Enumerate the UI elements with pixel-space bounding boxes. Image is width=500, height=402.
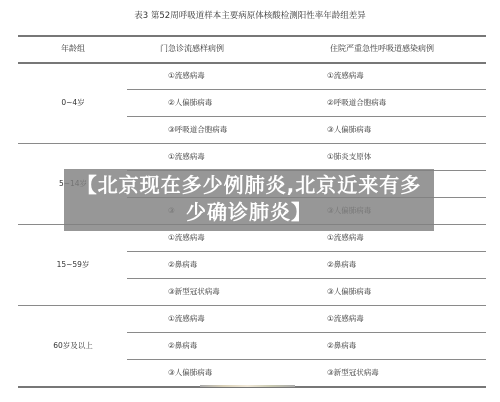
inpatient-cell: ③新型冠状病毒 [327,359,379,386]
age-group-cell: 60岁及以上 [18,332,128,359]
outpatient-cell: ②鼻病毒 [168,332,197,359]
header-outpatient: 门急诊流感样病例 [160,35,224,62]
inpatient-cell: ③人偏肺病毒 [327,116,371,143]
outpatient-cell: ①流感病毒 [168,305,205,332]
header-rule [18,62,486,64]
outpatient-cell: ③新型冠状病毒 [168,278,220,305]
outpatient-cell: ③呼吸道合胞病毒 [168,116,227,143]
banner-line-1: 【北京现在多少例肺炎,北京近来有多 [64,172,434,199]
outpatient-cell: ①流感病毒 [168,62,205,89]
age-group-cell: 15~59岁 [18,251,128,278]
table-title: 表3 第52周呼吸道样本主要病原体核酸检测阳性率年龄组差异 [0,9,500,21]
inpatient-cell: ②鼻病毒 [327,332,356,359]
headline-banner: 【北京现在多少例肺炎,北京近来有多 少确诊肺炎】 [64,169,434,231]
scan-smudge [200,385,295,387]
group-rule [18,305,486,306]
banner-line-2: 少确诊肺炎】 [64,199,434,226]
inpatient-cell: ②呼吸道合胞病毒 [327,89,386,116]
age-group-cell: 0~4岁 [18,89,128,116]
outpatient-cell: ③人偏肺病毒 [168,359,212,386]
header-age-group: 年龄组 [18,35,128,62]
inpatient-cell: ①流感病毒 [327,62,364,89]
header-inpatient: 住院严重急性呼吸道感染病例 [330,35,434,62]
inpatient-cell: ①肺炎支原体 [327,143,371,170]
outpatient-cell: ②鼻病毒 [168,251,197,278]
inpatient-cell: ③人偏肺病毒 [327,278,371,305]
group-rule [18,143,486,144]
inpatient-cell: ①流感病毒 [327,305,364,332]
inpatient-cell: ②鼻病毒 [327,251,356,278]
outpatient-cell: ①流感病毒 [168,143,205,170]
outpatient-cell: ②人偏肺病毒 [168,89,212,116]
